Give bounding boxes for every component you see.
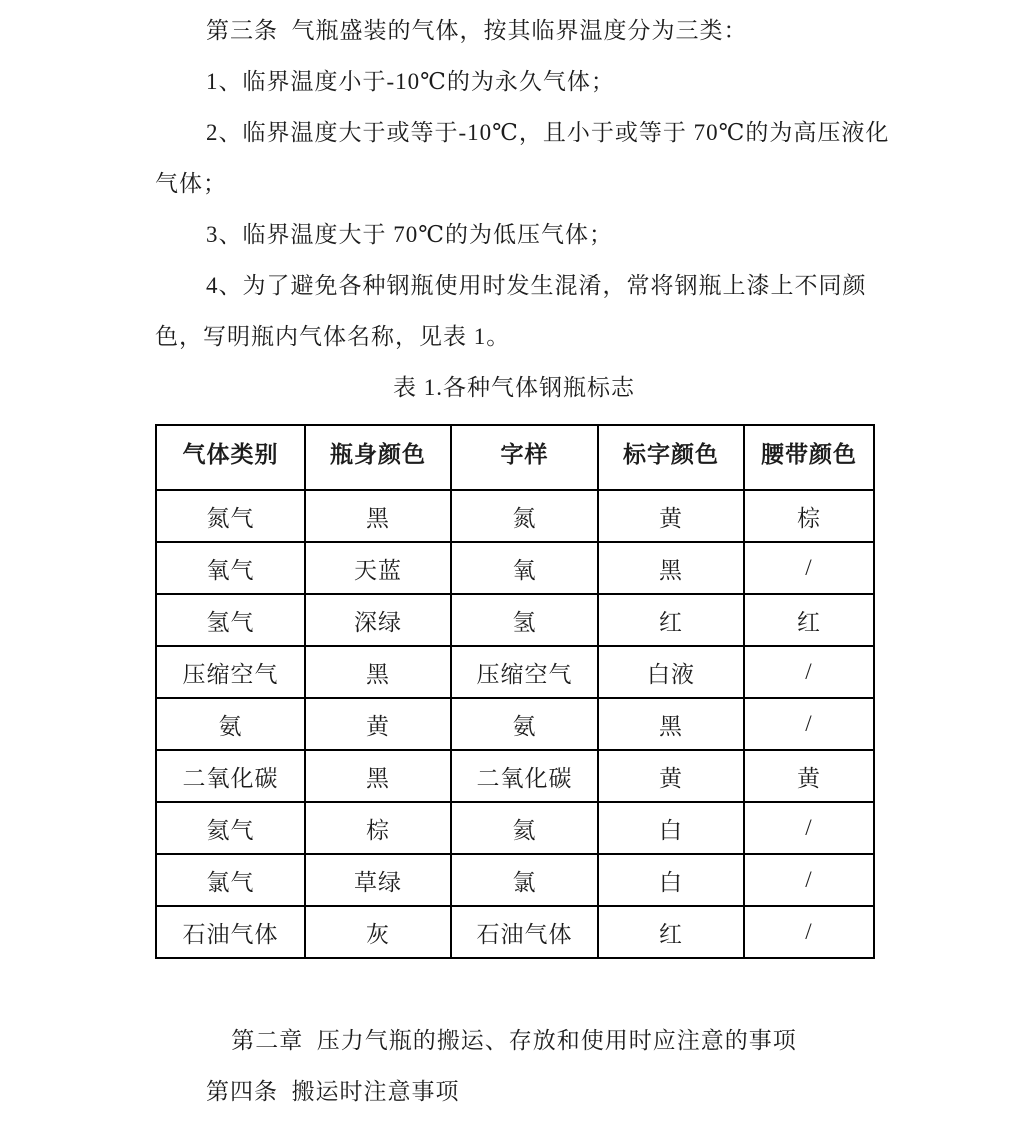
table-header-cell: 字样: [451, 425, 598, 490]
table-cell: 红: [598, 594, 744, 646]
table-row: 氧气天蓝氧黑/: [156, 542, 874, 594]
table-caption: 表 1.各种气体钢瓶标志: [155, 362, 873, 413]
table-row: 二氧化碳黑二氧化碳黄黄: [156, 750, 874, 802]
table-cell: /: [744, 542, 874, 594]
paragraph-line: 3、临界温度大于 70℃的为低压气体；: [155, 209, 873, 260]
table-cell: /: [744, 646, 874, 698]
table-row: 氯气草绿氯白/: [156, 854, 874, 906]
table-cell: 石油气体: [156, 906, 305, 958]
table-cell: 黑: [305, 646, 451, 698]
table-cell: 草绿: [305, 854, 451, 906]
paragraph-line: 气体；: [155, 158, 873, 209]
table-cell: 红: [598, 906, 744, 958]
table-cell: 天蓝: [305, 542, 451, 594]
table-cell: 深绿: [305, 594, 451, 646]
table-row: 压缩空气黑压缩空气白液/: [156, 646, 874, 698]
table-cell: 氨: [451, 698, 598, 750]
table-cell: 棕: [305, 802, 451, 854]
body-paragraphs: 第三条 气瓶盛装的气体，按其临界温度分为三类：1、临界温度小于-10℃的为永久气…: [155, 5, 873, 362]
paragraph-line: 4、为了避免各种钢瓶使用时发生混淆，常将钢瓶上漆上不同颜: [155, 260, 873, 311]
table-cell: 氧: [451, 542, 598, 594]
table-row: 氮气黑氮黄棕: [156, 490, 874, 542]
table-cell: /: [744, 854, 874, 906]
table-row: 氦气棕氦白/: [156, 802, 874, 854]
table-cell: /: [744, 802, 874, 854]
table-cell: /: [744, 906, 874, 958]
table-cell: 白: [598, 854, 744, 906]
section-heading: 第四条 搬运时注意事项: [155, 1066, 873, 1117]
table-body: 氮气黑氮黄棕氧气天蓝氧黑/氢气深绿氢红红压缩空气黑压缩空气白液/氨黄氨黑/二氧化…: [156, 490, 874, 958]
table-cell: 压缩空气: [451, 646, 598, 698]
table-header-cell: 标字颜色: [598, 425, 744, 490]
table-cell: 二氧化碳: [451, 750, 598, 802]
table-header-cell: 气体类别: [156, 425, 305, 490]
table-cell: 氮: [451, 490, 598, 542]
table-cell: 氢气: [156, 594, 305, 646]
table-cell: /: [744, 698, 874, 750]
table-cell: 黑: [598, 698, 744, 750]
table-cell: 氢: [451, 594, 598, 646]
table-cell: 氧气: [156, 542, 305, 594]
paragraph-line: 色，写明瓶内气体名称，见表 1。: [155, 311, 873, 362]
table-cell: 氯: [451, 854, 598, 906]
table-row: 石油气体灰石油气体红/: [156, 906, 874, 958]
table-cell: 氯气: [156, 854, 305, 906]
table-cell: 氦: [451, 802, 598, 854]
document-content: 第三条 气瓶盛装的气体，按其临界温度分为三类：1、临界温度小于-10℃的为永久气…: [155, 5, 873, 1117]
table-cell: 石油气体: [451, 906, 598, 958]
table-row: 氨黄氨黑/: [156, 698, 874, 750]
table-cell: 压缩空气: [156, 646, 305, 698]
table-cell: 黄: [598, 490, 744, 542]
table-cell: 白: [598, 802, 744, 854]
table-cell: 黄: [744, 750, 874, 802]
table-header-cell: 瓶身颜色: [305, 425, 451, 490]
table-cell: 黄: [305, 698, 451, 750]
table-cell: 黑: [598, 542, 744, 594]
document-page: 第三条 气瓶盛装的气体，按其临界温度分为三类：1、临界温度小于-10℃的为永久气…: [0, 0, 1024, 1124]
table-cell: 氦气: [156, 802, 305, 854]
table-row: 氢气深绿氢红红: [156, 594, 874, 646]
paragraph-line: 1、临界温度小于-10℃的为永久气体；: [155, 56, 873, 107]
table-cell: 黄: [598, 750, 744, 802]
table-cell: 二氧化碳: [156, 750, 305, 802]
chapter-heading: 第二章 压力气瓶的搬运、存放和使用时应注意的事项: [155, 1015, 873, 1066]
table-cell: 黑: [305, 750, 451, 802]
paragraph-line: 2、临界温度大于或等于-10℃，且小于或等于 70℃的为高压液化: [155, 107, 873, 158]
table-cell: 白液: [598, 646, 744, 698]
table-header-row: 气体类别瓶身颜色字样标字颜色腰带颜色: [156, 425, 874, 490]
table-cell: 氮气: [156, 490, 305, 542]
gas-cylinder-marking-table: 气体类别瓶身颜色字样标字颜色腰带颜色 氮气黑氮黄棕氧气天蓝氧黑/氢气深绿氢红红压…: [155, 424, 875, 959]
table-cell: 黑: [305, 490, 451, 542]
table-cell: 氨: [156, 698, 305, 750]
table-cell: 灰: [305, 906, 451, 958]
paragraph-line: 第三条 气瓶盛装的气体，按其临界温度分为三类：: [155, 5, 873, 56]
table-cell: 红: [744, 594, 874, 646]
table-header-cell: 腰带颜色: [744, 425, 874, 490]
table-cell: 棕: [744, 490, 874, 542]
